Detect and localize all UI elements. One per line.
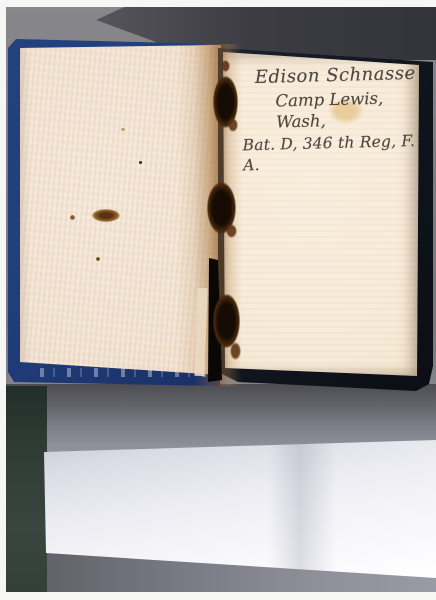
glue-blob xyxy=(213,294,240,348)
scanned-photo: Edison Schnasse Camp Lewis, Wash, Bat. D… xyxy=(0,0,436,600)
glue-blob-satellite xyxy=(228,118,238,132)
glue-blob-satellite xyxy=(221,60,230,72)
inscription-line-3: Bat. D, 346 th Reg, F. A. xyxy=(242,132,431,177)
page-stain-speck xyxy=(139,161,142,164)
left-endpaper-page xyxy=(20,45,221,375)
handwritten-inscription: Edison Schnasse Camp Lewis, Wash, Bat. D… xyxy=(237,62,432,177)
glue-blob-satellite xyxy=(230,342,241,360)
scanner-margin-left xyxy=(0,0,6,600)
glue-blob-satellite xyxy=(226,224,237,238)
page-stain-dot xyxy=(70,215,75,220)
page-stain-dot xyxy=(96,257,100,261)
page-stain-smudge xyxy=(92,209,120,222)
book-drop-shadow xyxy=(4,384,436,446)
inscription-line-2: Camp Lewis, Wash, xyxy=(275,87,430,133)
dark-cloth-strip xyxy=(5,386,47,592)
inscription-line-1: Edison Schnasse xyxy=(255,62,430,90)
scanner-margin-bottom xyxy=(0,592,436,600)
page-stain-faint xyxy=(121,128,125,131)
scanner-margin-top xyxy=(0,0,436,7)
